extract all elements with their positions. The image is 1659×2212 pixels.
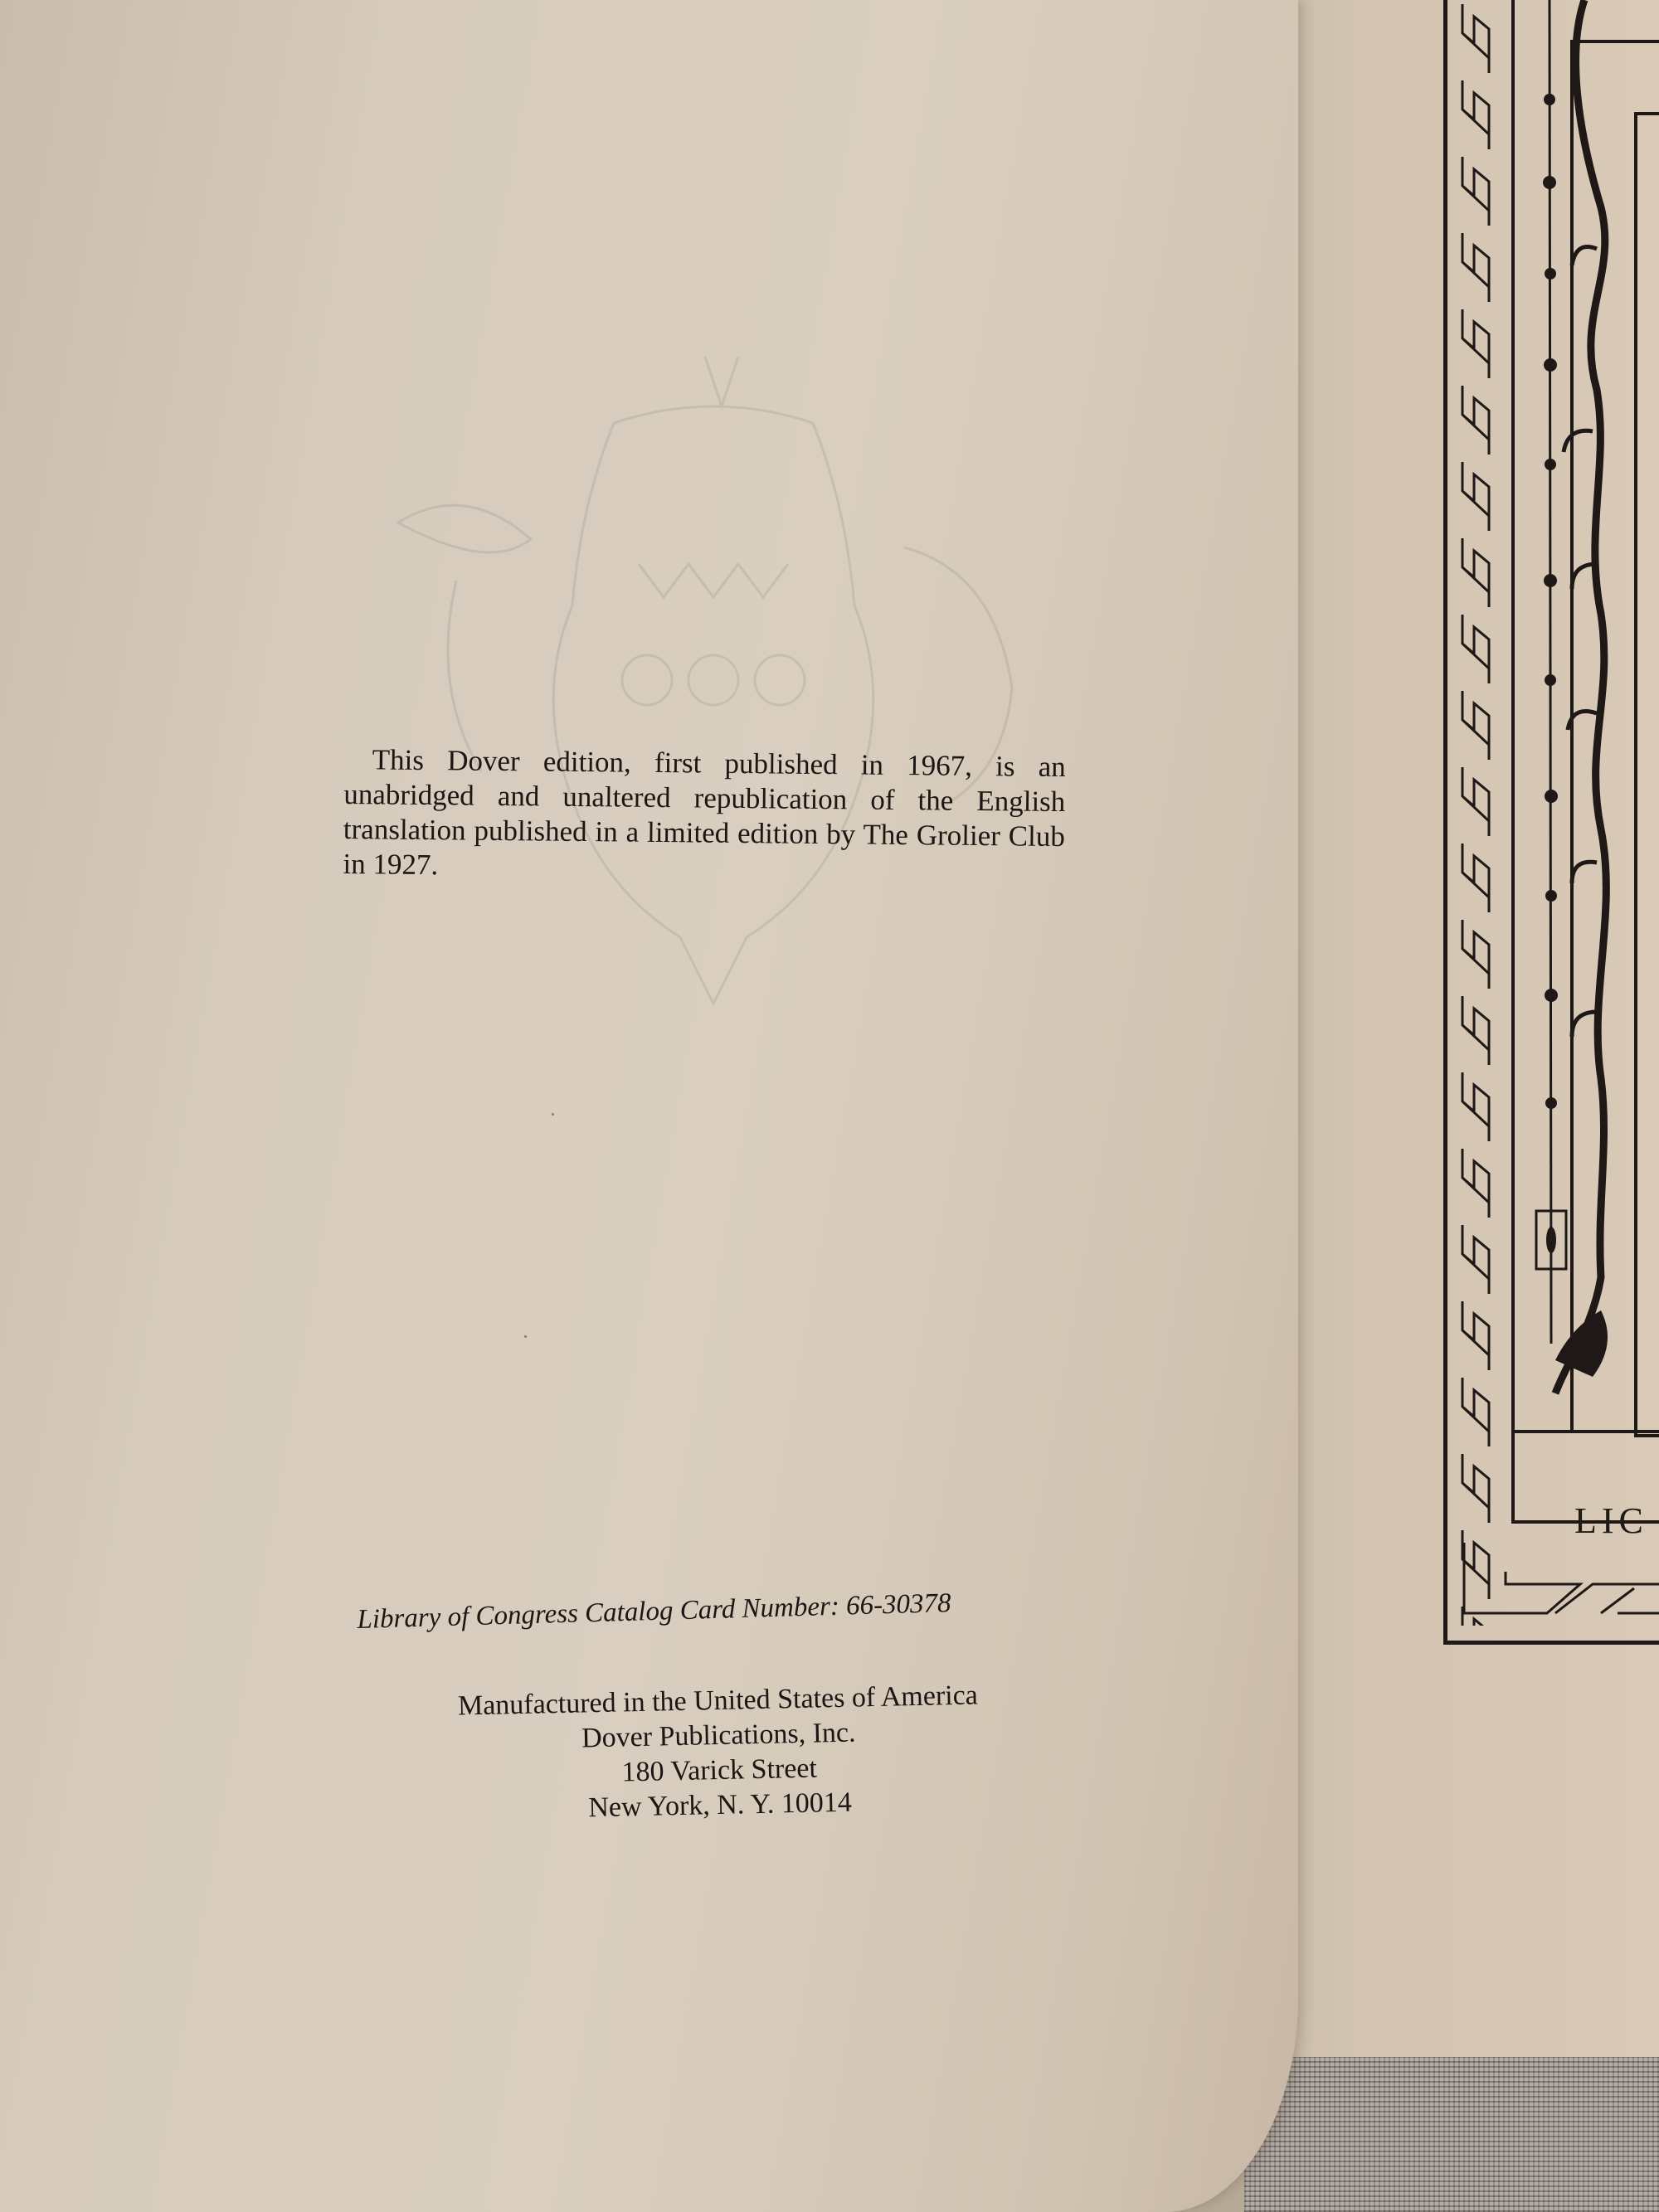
- publisher-imprint: Manufactured in the United States of Ame…: [377, 1676, 1060, 1830]
- panel-top-line: [1570, 40, 1659, 43]
- fabric-background: [1244, 2049, 1659, 2212]
- catalog-card-number: Library of Congress Catalog Card Number:…: [357, 1585, 1071, 1636]
- label-box-top-line: [1515, 1430, 1659, 1433]
- greek-key-corner-icon: [1456, 1526, 1659, 1630]
- inner-frame-rectangle: [1634, 112, 1659, 1437]
- show-through-emblem-icon: [365, 357, 1078, 1037]
- paper-speck: [552, 1113, 554, 1116]
- panel-divider-line: [1570, 41, 1574, 1431]
- colophon-text: This Dover edition, first published in 1…: [343, 742, 1066, 889]
- paper-speck: [524, 1335, 527, 1338]
- colophon-paragraph: This Dover edition, first published in 1…: [343, 742, 1066, 889]
- greek-key-border-icon: [1456, 0, 1501, 1626]
- vine-ornament-icon: [1518, 0, 1642, 1427]
- left-page: This Dover edition, first published in 1…: [0, 0, 1298, 2212]
